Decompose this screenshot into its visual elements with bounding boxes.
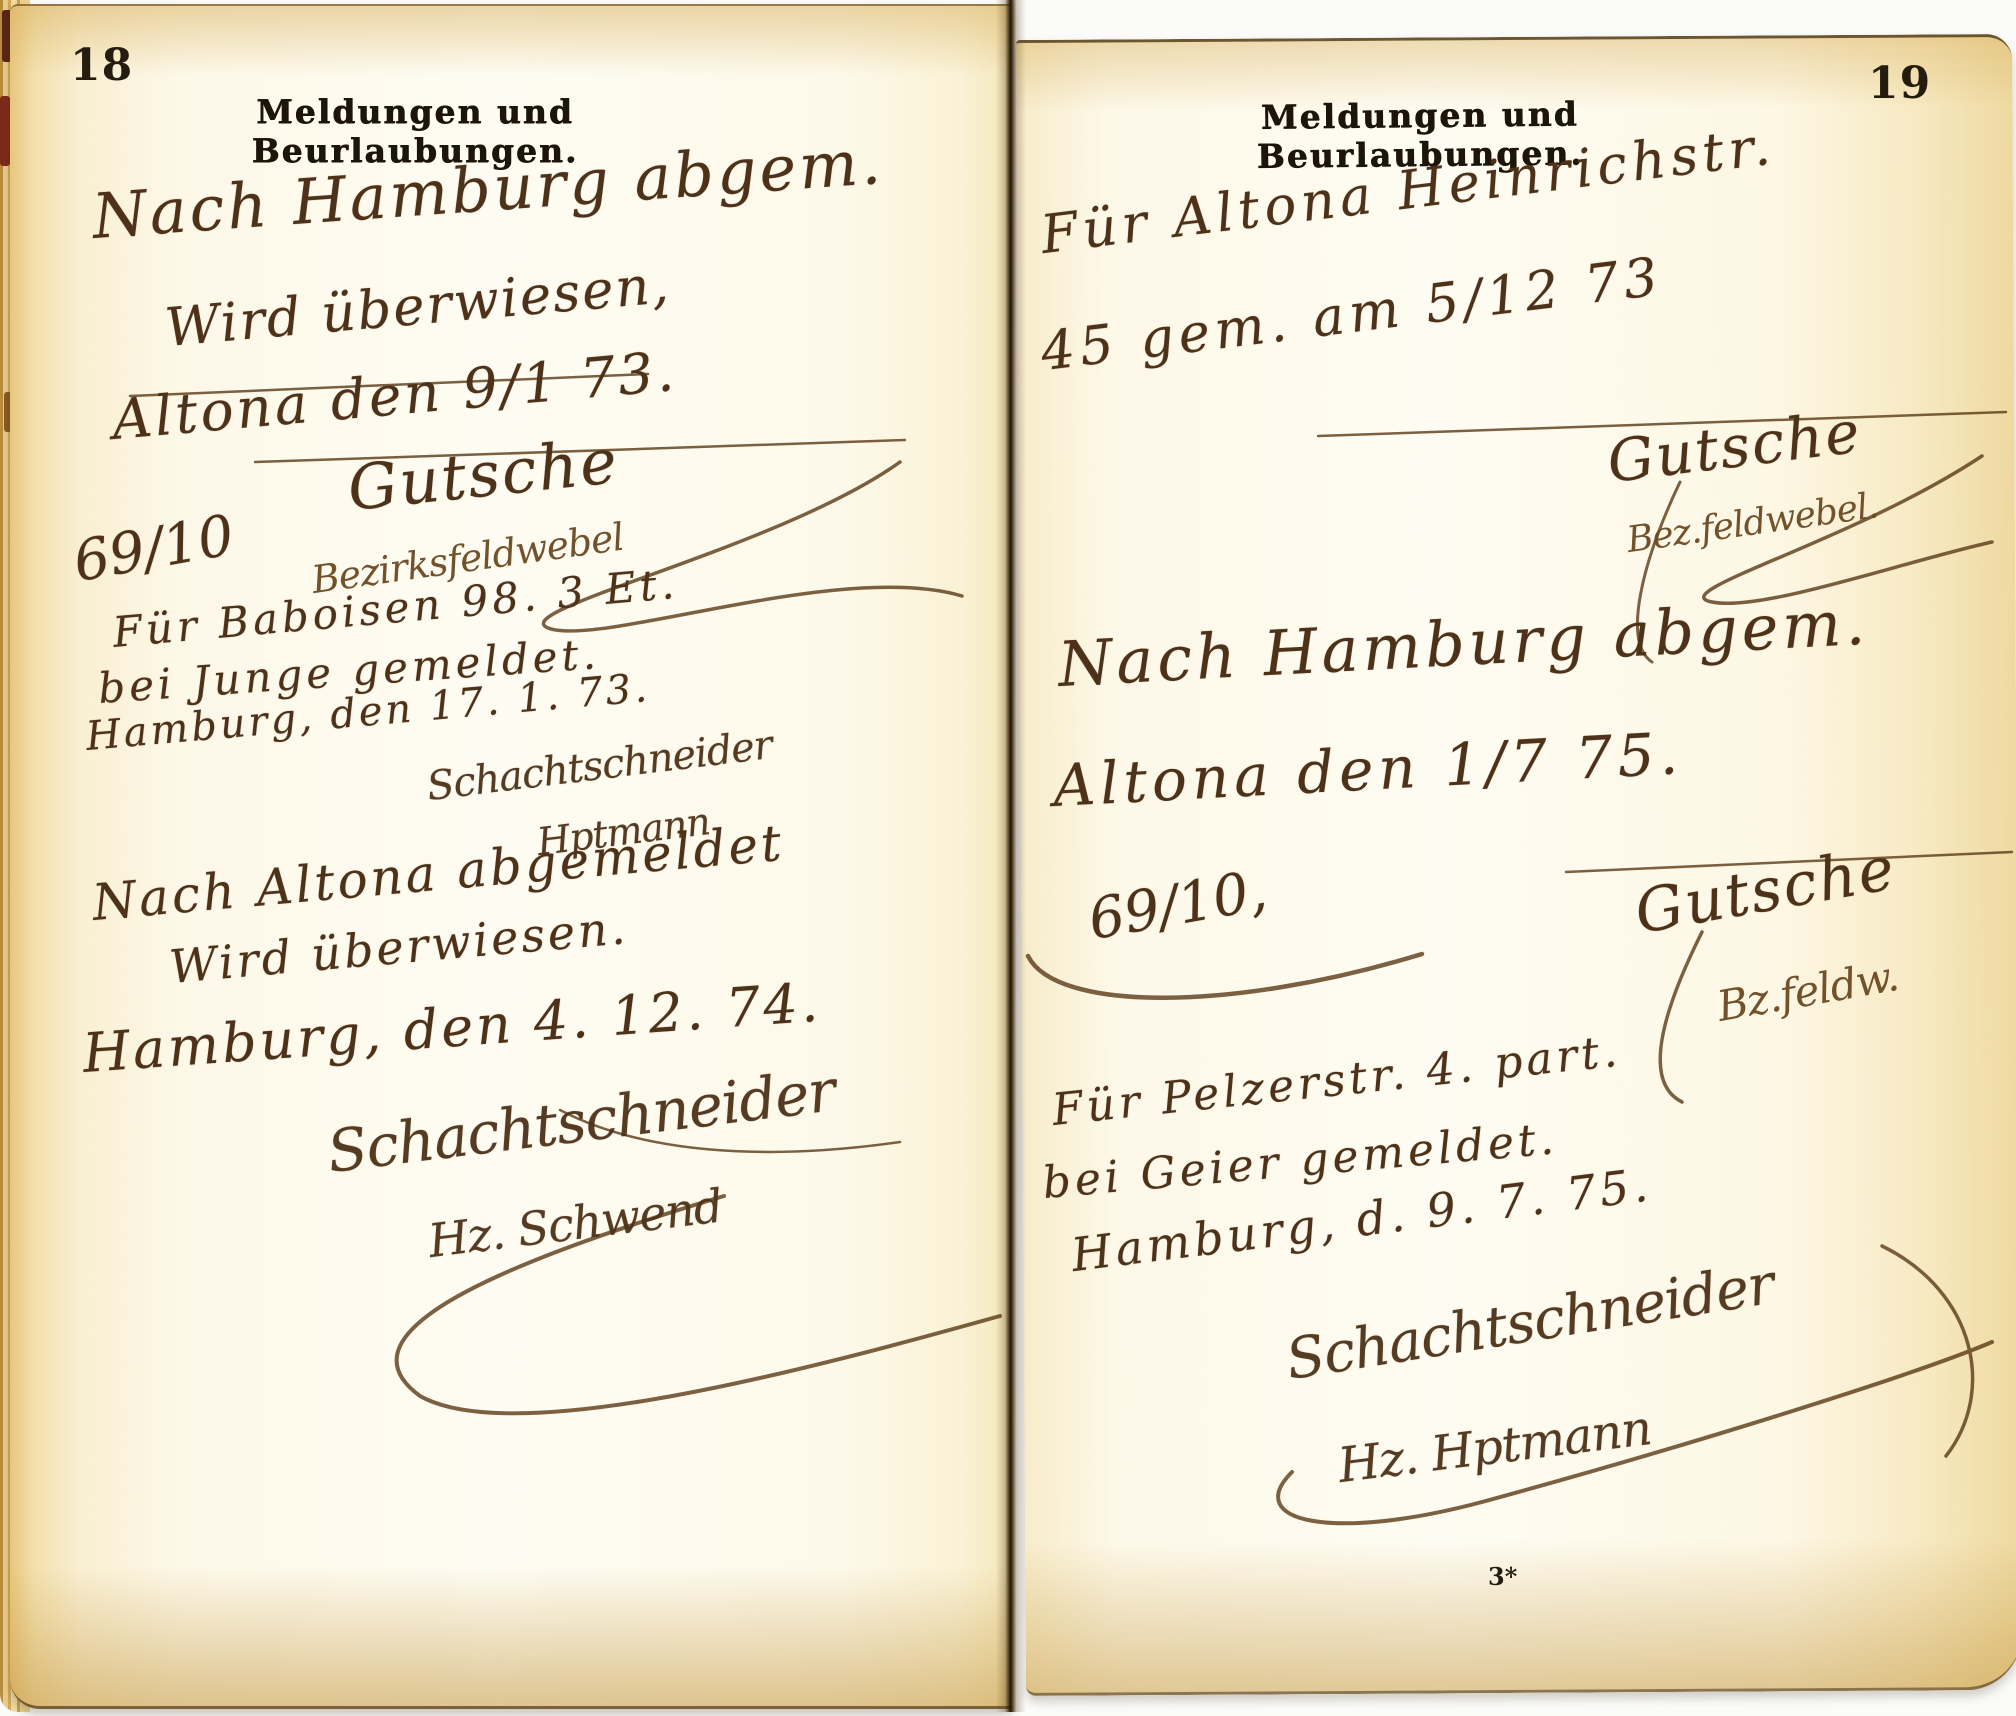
edge-wear-mark <box>0 96 10 166</box>
page-number-right: 19 <box>1868 58 1931 109</box>
open-military-passbook: 18 Meldungen und Beurlaubungen. 19 Meldu… <box>0 0 2016 1716</box>
printer-signature-mark: 3* <box>1488 1562 1517 1591</box>
book-spine-gutter <box>996 0 1026 1712</box>
page-number-left: 18 <box>70 40 133 91</box>
